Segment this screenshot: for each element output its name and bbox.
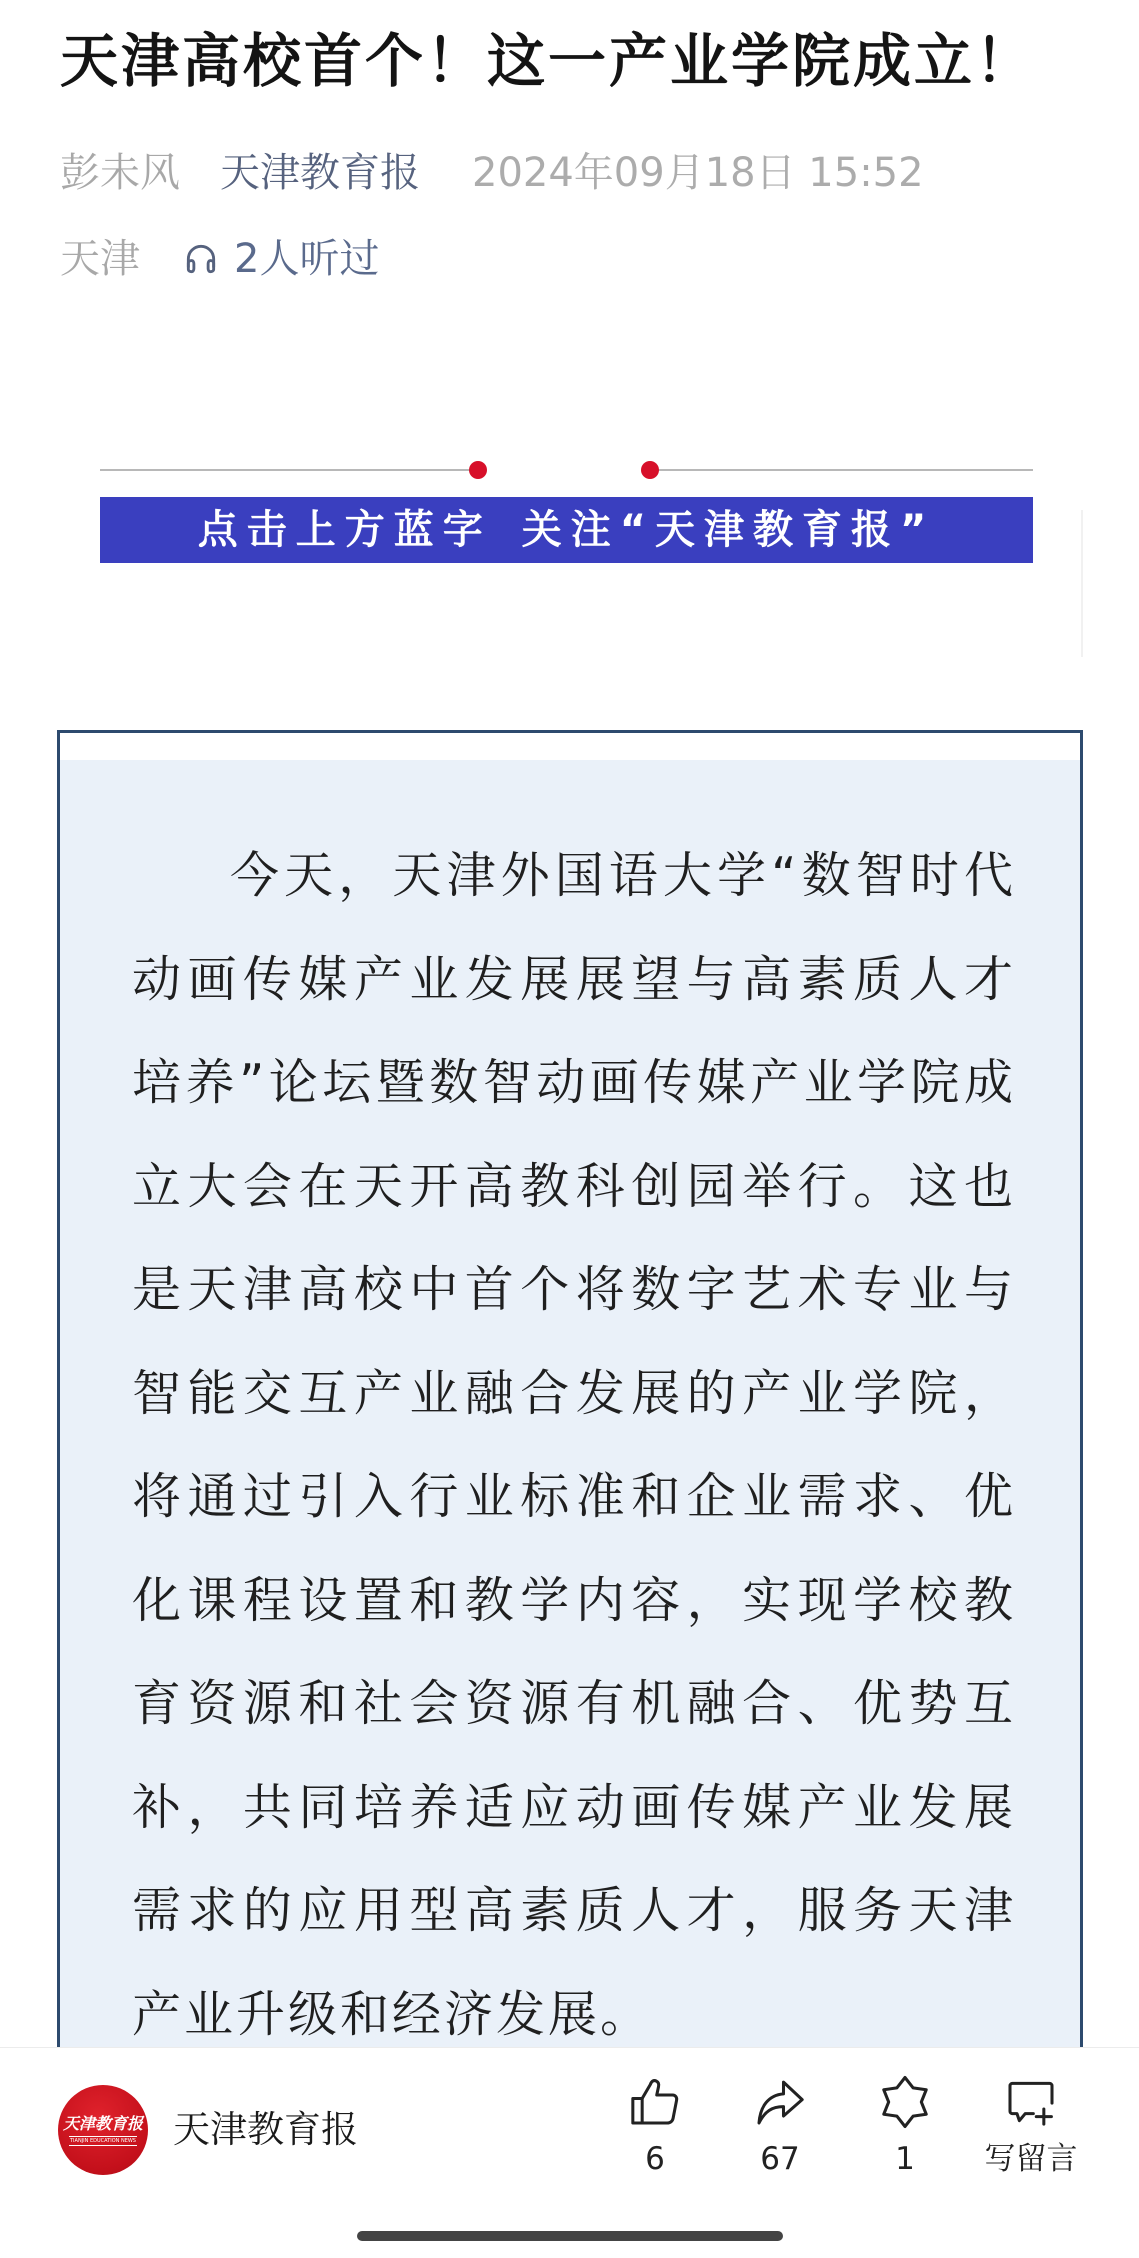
share-button[interactable]: 67 [720,2074,840,2194]
headphones-icon [182,240,220,278]
listen-count: 2人听过 [234,233,379,285]
article-body: 今天，天津外国语大学“数智时代 动画传媒产业发展展望与高素质人才 培养”论坛暨数… [132,824,1013,2066]
body-line: 化课程设置和教学内容，实现学校教 [132,1549,1013,1653]
comment-add-icon [1003,2074,1059,2130]
listen-count-button[interactable]: 2人听过 [182,233,379,285]
author-name: 彭未风 [60,147,180,199]
wow-count: 1 [895,2138,915,2180]
body-line: 今天，天津外国语大学“数智时代 [132,824,1013,928]
banner-text-follow: 关注“天津教育报” [522,507,936,553]
write-comment-label: 写留言 [985,2138,1078,2180]
body-line: 育资源和社会资源有机融合、优势互 [132,1652,1013,1756]
article-title: 天津高校首个！这一产业学院成立！ [60,24,1036,98]
banner-text-click: 点击上方蓝字 [198,507,492,553]
publish-time: 2024年09月18日 15:52 [472,147,924,199]
location: 天津 [60,233,140,285]
banner-dot-right [641,461,659,479]
footer-account-name[interactable]: 天津教育报 [173,2107,358,2153]
body-line: 补，共同培养适应动画传媒产业发展 [132,1756,1013,1860]
wow-star-icon [877,2074,933,2130]
write-comment-button[interactable]: 写留言 [971,2074,1091,2194]
banner-divider-right [650,469,1033,471]
share-count: 67 [760,2138,799,2180]
wow-button[interactable]: 1 [845,2074,965,2194]
account-link[interactable]: 天津教育报 [220,147,420,199]
body-line: 立大会在天开高教科创园举行。这也 [132,1135,1013,1239]
thumbs-up-icon [627,2074,683,2130]
body-line: 需求的应用型高素质人才，服务天津 [132,1859,1013,1963]
faint-divider [1081,510,1083,657]
follow-banner: 点击上方蓝字关注“天津教育报” [100,497,1033,563]
logo-calligraphy: 天津教育报 [63,2114,143,2134]
banner-divider-left [100,469,478,471]
banner-dot-left [469,461,487,479]
like-count: 6 [645,2138,665,2180]
bottom-action-bar [0,2047,1139,2258]
logo-subtext: TIANJIN EDUCATION NEWS [69,2136,137,2146]
like-button[interactable]: 6 [595,2074,715,2194]
account-avatar[interactable]: 天津教育报 TIANJIN EDUCATION NEWS [58,2085,148,2175]
body-line: 培养”论坛暨数智动画传媒产业学院成 [132,1031,1013,1135]
home-indicator[interactable] [357,2231,783,2241]
body-line: 是天津高校中首个将数字艺术专业与 [132,1238,1013,1342]
body-line: 动画传媒产业发展展望与高素质人才 [132,928,1013,1032]
body-line: 智能交互产业融合发展的产业学院， [132,1342,1013,1446]
body-line: 将通过引入行业标准和企业需求、优 [132,1445,1013,1549]
share-icon [752,2074,808,2130]
